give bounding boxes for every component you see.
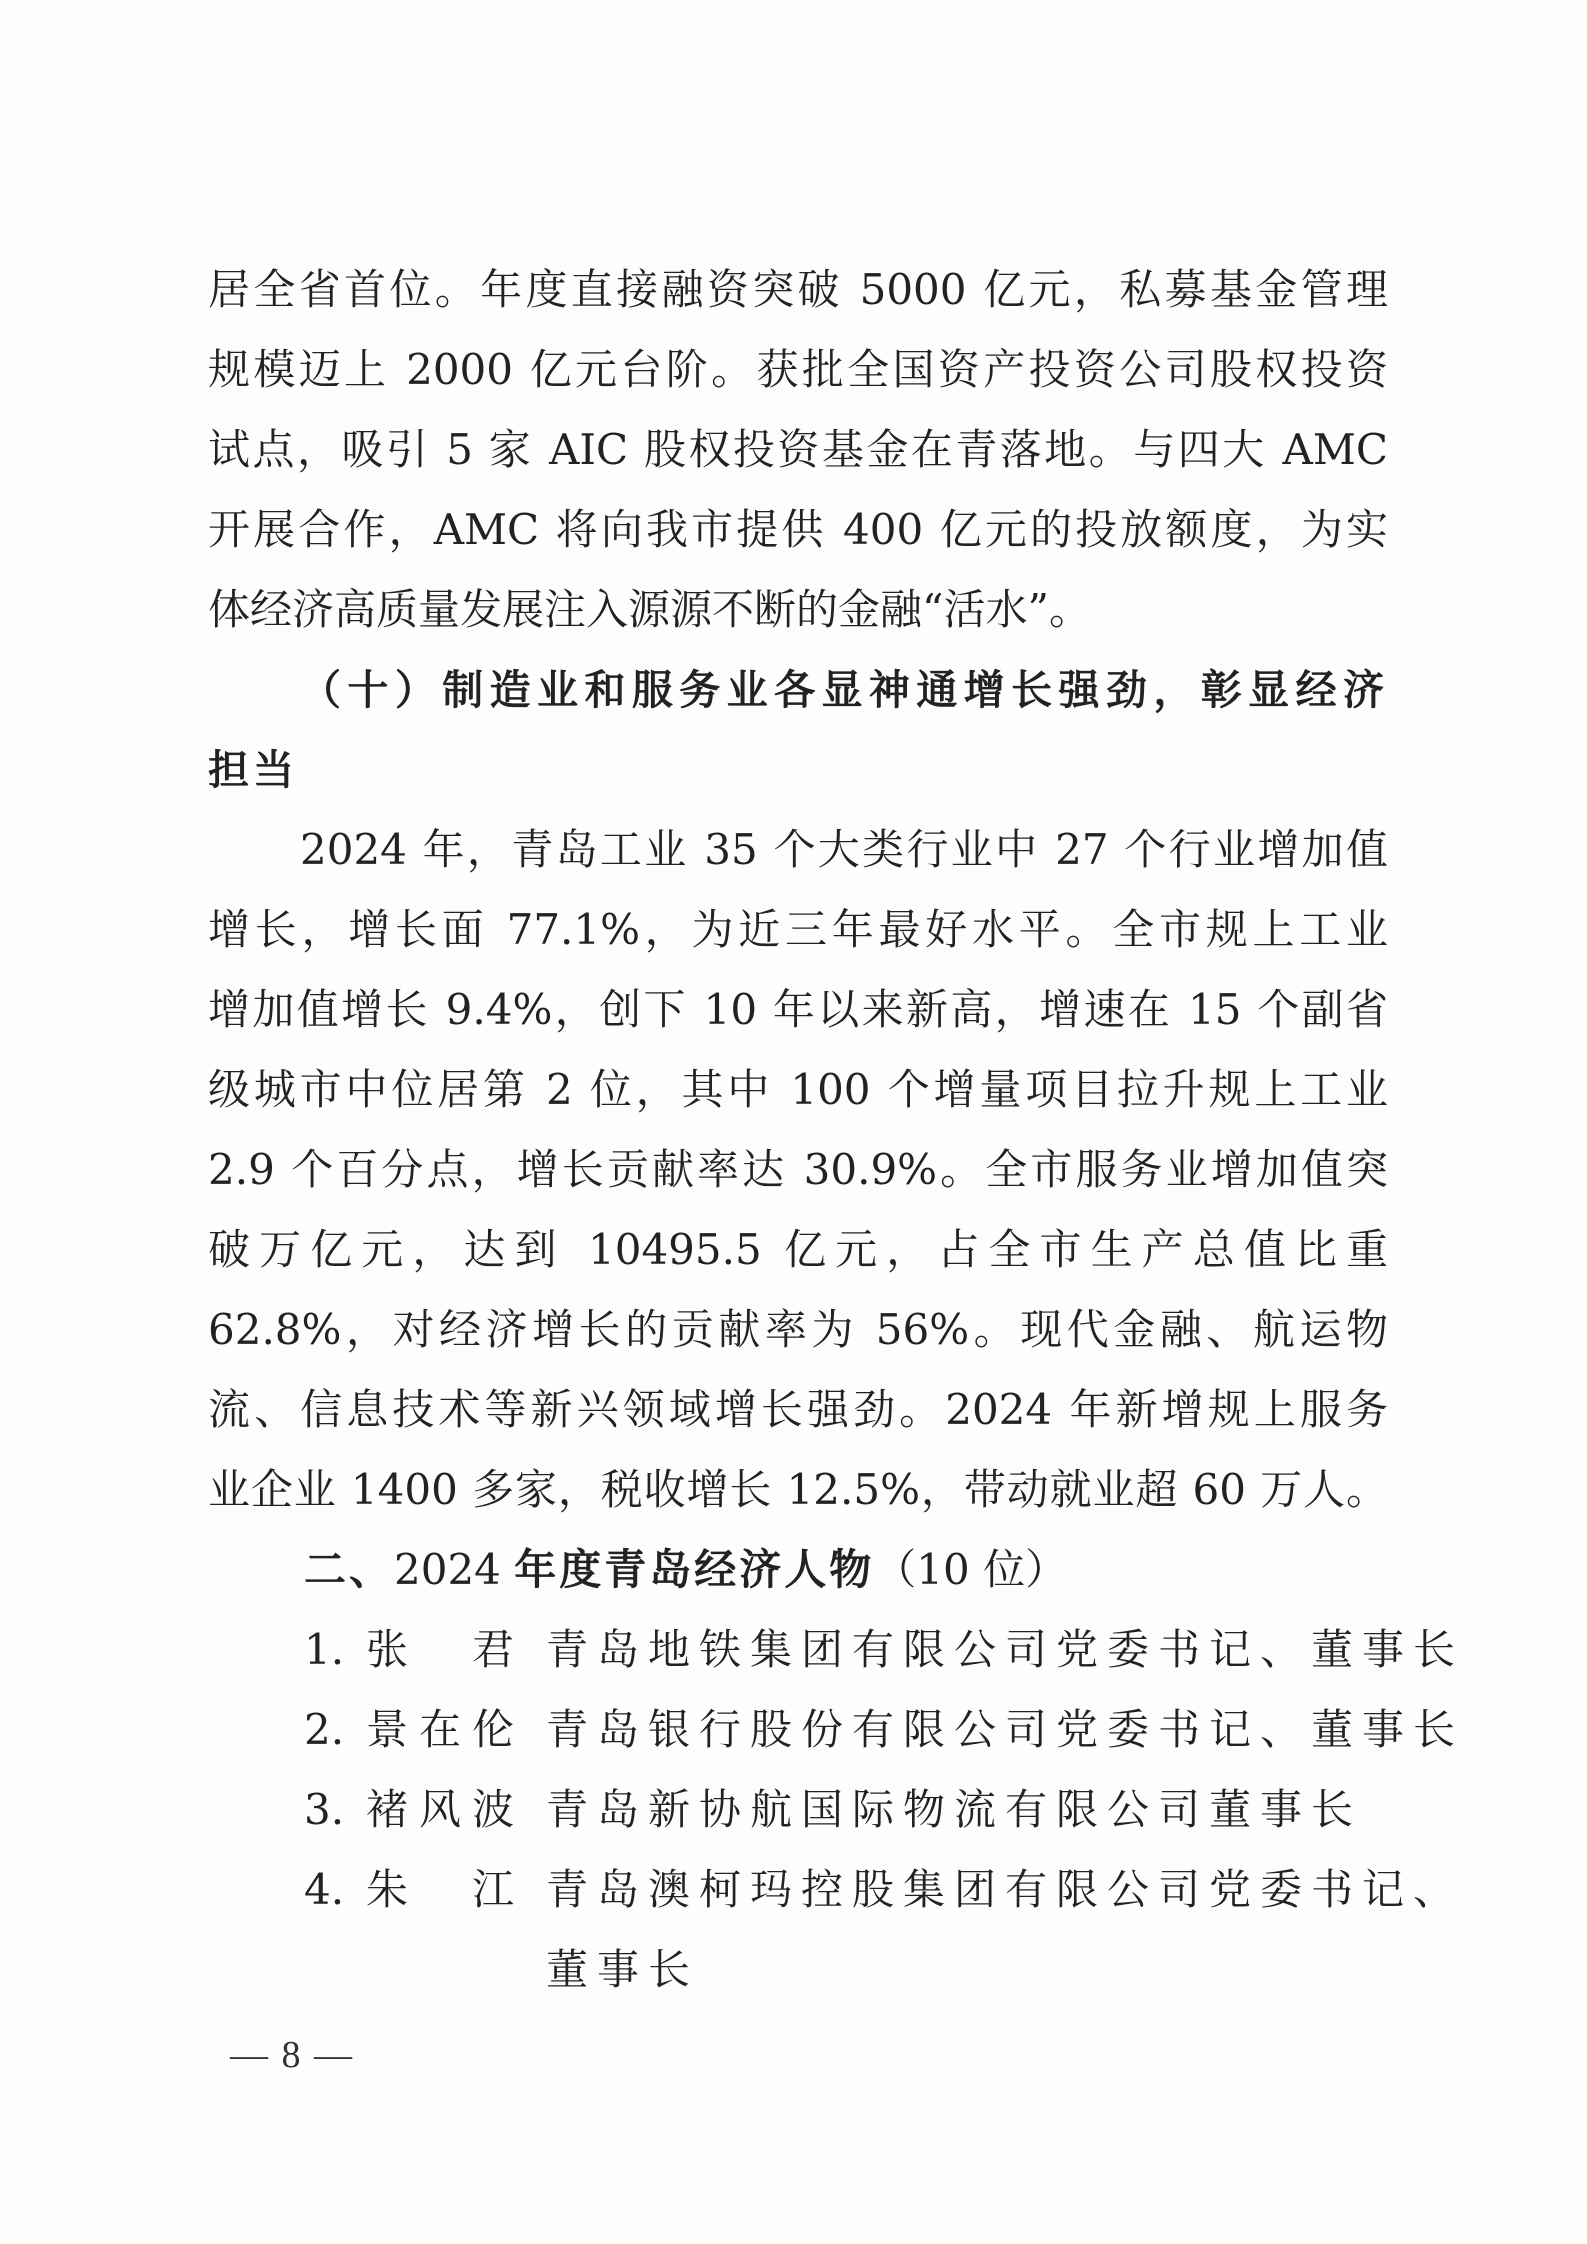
text-line: 62.8%，对经济增长的贡献率为 56%。现代金融、航运物 [208, 1290, 1388, 1370]
item-number: 2. [304, 1690, 344, 1770]
text-line: 流、信息技术等新兴领域增长强劲。2024 年新增规上服务 [208, 1370, 1388, 1450]
list-item: 4. 朱 江 青岛澳柯玛控股集团有限公司党委书记、 [208, 1850, 1388, 1930]
section-count: （10 位） [874, 1545, 1067, 1594]
text-line: 增长，增长面 77.1%，为近三年最好水平。全市规上工业 [208, 890, 1388, 970]
economic-figures-list: 1. 张 君 青岛地铁集团有限公司党委书记、董事长 2. 景在伦 青岛银行股份有… [208, 1610, 1388, 2010]
section-2-heading: 二、2024 年度青岛经济人物（10 位） [208, 1530, 1388, 1610]
document-page: 居全省首位。年度直接融资突破 5000 亿元，私募基金管理 规模迈上 2000 … [208, 250, 1388, 2010]
subsection-heading-line: 担当 [208, 730, 1388, 810]
paragraph-financial-continued: 居全省首位。年度直接融资突破 5000 亿元，私募基金管理 规模迈上 2000 … [208, 250, 1388, 650]
list-item: 2. 景在伦 青岛银行股份有限公司党委书记、董事长 [208, 1690, 1388, 1770]
person-name: 褚风波 [366, 1770, 514, 1850]
text-line: 开展合作，AMC 将向我市提供 400 亿元的投放额度，为实 [208, 490, 1388, 570]
text-line: 2.9 个百分点，增长贡献率达 30.9%。全市服务业增加值突 [208, 1130, 1388, 1210]
person-name: 张 君 [366, 1610, 514, 1690]
text-line: 居全省首位。年度直接融资突破 5000 亿元，私募基金管理 [208, 250, 1388, 330]
item-number: 4. [304, 1850, 344, 1930]
item-number: 1. [304, 1610, 344, 1690]
section-year: 2024 [394, 1545, 501, 1594]
text-line: 增加值增长 9.4%，创下 10 年以来新高，增速在 15 个副省 [208, 970, 1388, 1050]
section-title: 年度青岛经济人物 [514, 1545, 874, 1594]
text-line: 业企业 1400 多家，税收增长 12.5%，带动就业超 60 万人。 [208, 1450, 1388, 1530]
subsection-heading-line: （十）制造业和服务业各显神通增长强劲，彰显经济 [208, 650, 1388, 730]
text-line: 破万亿元，达到 10495.5 亿元，占全市生产总值比重 [208, 1210, 1388, 1290]
person-name: 朱 江 [366, 1850, 514, 1930]
item-number: 3. [304, 1770, 344, 1850]
text-line: 2024 年，青岛工业 35 个大类行业中 27 个行业增加值 [208, 810, 1388, 890]
person-name: 景在伦 [366, 1690, 514, 1770]
text-line: 体经济高质量发展注入源源不断的金融“活水”。 [208, 570, 1388, 650]
page-number: — 8 — [230, 2025, 354, 2085]
person-title: 青岛银行股份有限公司党委书记、董事长 [546, 1690, 1464, 1770]
text-line: 级城市中位居第 2 位，其中 100 个增量项目拉升规上工业 [208, 1050, 1388, 1130]
subsection-10-heading: （十）制造业和服务业各显神通增长强劲，彰显经济 担当 [208, 650, 1388, 810]
section-prefix: 二、 [304, 1545, 394, 1594]
person-title: 青岛新协航国际物流有限公司董事长 [546, 1770, 1362, 1850]
list-item: 3. 褚风波 青岛新协航国际物流有限公司董事长 [208, 1770, 1388, 1850]
text-line: 规模迈上 2000 亿元台阶。获批全国资产投资公司股权投资 [208, 330, 1388, 410]
person-title: 青岛澳柯玛控股集团有限公司党委书记、 [546, 1850, 1464, 1930]
list-item-continuation: 董事长 [208, 1930, 1388, 2010]
person-title-continued: 董事长 [546, 1930, 699, 2010]
person-title: 青岛地铁集团有限公司党委书记、董事长 [546, 1610, 1464, 1690]
paragraph-industry-services: 2024 年，青岛工业 35 个大类行业中 27 个行业增加值 增长，增长面 7… [208, 810, 1388, 1530]
list-item: 1. 张 君 青岛地铁集团有限公司党委书记、董事长 [208, 1610, 1388, 1690]
text-line: 试点，吸引 5 家 AIC 股权投资基金在青落地。与四大 AMC [208, 410, 1388, 490]
